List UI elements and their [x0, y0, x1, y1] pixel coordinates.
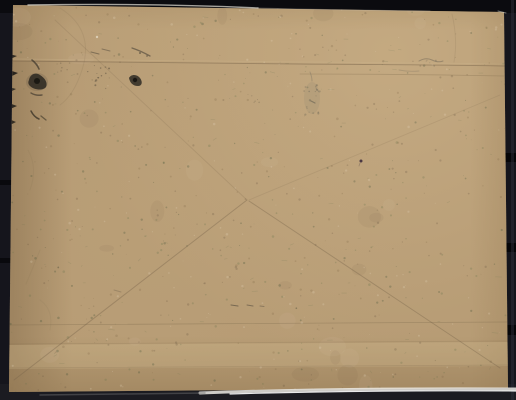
- paper-speck: [100, 322, 102, 324]
- paper-speck: [117, 140, 119, 142]
- paper-speck: [298, 126, 299, 127]
- paper-speck: [364, 374, 366, 376]
- paper-speck: [264, 281, 266, 283]
- paper-speck: [247, 67, 248, 68]
- paper-speck: [303, 56, 305, 58]
- paper-speck: [179, 168, 180, 169]
- paper-speck: [343, 257, 345, 259]
- paper-speck: [123, 232, 125, 234]
- paper-speck: [203, 17, 204, 18]
- paper-speck: [67, 81, 69, 83]
- paper-speck: [66, 229, 68, 231]
- paper-speck: [424, 19, 425, 20]
- paper-speck: [128, 15, 130, 17]
- paper-speck: [46, 146, 48, 148]
- paper-speck: [408, 160, 409, 161]
- paper-blotch: [80, 109, 99, 127]
- paper-speck: [184, 107, 185, 108]
- paper-speck: [67, 340, 69, 342]
- paper-speck: [344, 337, 345, 338]
- paper-speck: [465, 135, 467, 137]
- paper-speck: [289, 303, 292, 306]
- paper-speck: [239, 245, 240, 246]
- paper-speck: [422, 176, 424, 178]
- paper-speck: [313, 226, 315, 228]
- paper-speck: [137, 148, 139, 150]
- paper-speck: [369, 69, 371, 71]
- paper-speck: [30, 175, 32, 177]
- paper-speck: [266, 170, 268, 172]
- paper-speck: [129, 181, 130, 182]
- paper-speck: [235, 268, 237, 270]
- paper-speck: [355, 250, 356, 251]
- paper-speck: [92, 228, 94, 230]
- paper-speck: [164, 234, 165, 235]
- paper-speck: [44, 264, 45, 265]
- paper-blotch: [150, 200, 164, 222]
- paper-speck: [128, 337, 130, 339]
- paper-blotch: [68, 53, 94, 64]
- paper-speck: [223, 237, 225, 239]
- paper-speck: [93, 314, 95, 316]
- paper-speck: [317, 328, 319, 330]
- paper-speck: [397, 92, 399, 94]
- paper-speck: [86, 319, 87, 320]
- paper-speck: [388, 296, 390, 298]
- paper-speck: [311, 379, 313, 381]
- paper-speck: [88, 352, 90, 354]
- paper-speck: [71, 341, 72, 342]
- paper-speck: [428, 255, 429, 256]
- paper-speck: [318, 195, 320, 197]
- paper-speck: [485, 107, 487, 109]
- paper-speck: [90, 388, 92, 390]
- paper-speck: [300, 273, 301, 274]
- paper-speck: [182, 102, 183, 103]
- paper-speck: [343, 172, 344, 173]
- paper-speck: [482, 327, 483, 328]
- ink-dot: [309, 112, 310, 113]
- paper-speck: [366, 347, 367, 348]
- paper-speck: [494, 264, 495, 265]
- paper-speck: [109, 208, 111, 210]
- paper-speck: [176, 39, 178, 41]
- paper-speck: [393, 112, 394, 113]
- paper-speck: [414, 121, 416, 123]
- paper-speck: [45, 266, 46, 267]
- paper-speck: [58, 41, 59, 42]
- paper-speck: [163, 162, 165, 164]
- paper-speck: [170, 176, 172, 178]
- paper-speck: [201, 23, 204, 26]
- paper-speck: [262, 383, 264, 385]
- paper-speck: [29, 24, 30, 25]
- paper-speck: [253, 13, 255, 15]
- paper-speck: [62, 270, 65, 273]
- paper-speck: [446, 367, 448, 369]
- paper-speck: [471, 139, 472, 140]
- paper-speck: [392, 168, 394, 170]
- paper-speck: [364, 204, 366, 206]
- paper-speck: [392, 374, 394, 376]
- paper-speck: [367, 178, 368, 179]
- paper-speck: [82, 170, 84, 172]
- paper-speck: [278, 284, 281, 287]
- paper-speck: [213, 379, 215, 381]
- paper-speck: [407, 211, 409, 213]
- ink-dot: [94, 84, 96, 86]
- paper-speck: [62, 192, 64, 194]
- paper-speck: [27, 57, 28, 58]
- paper-speck: [306, 360, 308, 362]
- paper-speck: [481, 274, 482, 275]
- paper-speck: [322, 47, 324, 49]
- paper-speck: [156, 338, 158, 340]
- paper-speck: [89, 330, 90, 331]
- paper-speck: [333, 318, 335, 320]
- paper-speck: [264, 123, 265, 124]
- paper-speck: [205, 294, 207, 296]
- paper-speck: [138, 371, 140, 373]
- paper-speck: [120, 385, 122, 387]
- paper-blotch: [292, 367, 319, 382]
- ink-dot: [108, 67, 110, 69]
- paper-speck: [99, 102, 101, 104]
- paper-speck: [306, 20, 308, 22]
- paper-speck: [371, 144, 373, 146]
- paper-speck: [138, 341, 139, 342]
- paper-speck: [382, 300, 384, 302]
- paper-speck: [387, 107, 388, 108]
- paper-speck: [301, 368, 303, 370]
- paper-speck: [175, 235, 176, 236]
- paper-speck: [89, 157, 91, 159]
- paper-speck: [96, 191, 98, 193]
- paper-speck: [438, 37, 439, 38]
- paper-speck: [134, 145, 136, 147]
- paper-speck: [85, 14, 87, 16]
- paper-speck: [75, 113, 77, 115]
- ink-dot: [254, 100, 256, 102]
- ink-dot: [435, 60, 437, 62]
- paper-speck: [224, 74, 225, 75]
- paper-speck: [467, 275, 468, 276]
- paper-speck: [161, 243, 163, 245]
- paper-speck: [300, 288, 302, 290]
- paper-speck: [482, 82, 483, 83]
- paper-speck: [273, 358, 274, 359]
- paper-speck: [262, 152, 263, 153]
- paper-speck: [301, 321, 304, 324]
- paper-speck: [94, 101, 96, 103]
- paper-speck: [42, 375, 44, 377]
- paper-speck: [45, 42, 47, 44]
- paper-speck: [356, 95, 357, 96]
- paper-speck: [180, 344, 181, 345]
- paper-speck: [271, 166, 273, 168]
- paper-speck: [465, 100, 466, 101]
- paper-speck: [501, 82, 502, 83]
- paper-speck: [467, 117, 469, 119]
- ink-dot: [97, 77, 98, 78]
- paper-speck: [41, 268, 42, 269]
- paper-speck: [468, 297, 469, 298]
- paper-speck: [325, 240, 326, 241]
- ink-dot: [69, 62, 70, 63]
- paper-speck: [335, 262, 337, 264]
- paper-speck: [470, 32, 472, 34]
- paper-speck: [222, 282, 223, 283]
- ink-dot: [100, 67, 102, 69]
- paper-speck: [203, 283, 204, 284]
- paper-speck: [54, 353, 55, 354]
- paper-speck: [106, 13, 108, 15]
- paper-speck: [369, 250, 371, 252]
- paper-speck: [77, 209, 79, 211]
- paper-speck: [54, 271, 56, 273]
- paper-speck: [242, 233, 243, 234]
- paper-speck: [89, 308, 90, 309]
- paper-speck: [368, 283, 371, 286]
- paper-speck: [344, 260, 345, 261]
- paper-speck: [62, 345, 65, 348]
- paper-speck: [438, 291, 440, 293]
- paper-speck: [65, 39, 66, 40]
- paper-speck: [190, 115, 192, 117]
- paper-speck: [77, 73, 79, 75]
- paper-speck: [435, 149, 437, 151]
- paper-speck: [126, 254, 127, 255]
- paper-speck: [259, 376, 261, 378]
- paper-speck: [226, 276, 228, 278]
- paper-speck: [342, 193, 344, 195]
- paper-speck: [98, 21, 100, 23]
- paper-speck: [144, 235, 146, 237]
- paper-speck: [141, 146, 143, 148]
- paper-speck: [34, 161, 35, 162]
- paper-speck: [385, 276, 387, 278]
- paper-speck: [441, 90, 443, 92]
- paper-speck: [347, 34, 348, 35]
- paper-speck: [196, 35, 198, 37]
- paper-speck: [81, 52, 83, 54]
- paper-speck: [112, 371, 113, 372]
- paper-speck: [241, 172, 243, 174]
- paper-speck: [366, 107, 368, 109]
- paper-speck: [38, 373, 39, 374]
- paper-speck: [170, 42, 171, 43]
- paper-speck: [265, 71, 267, 73]
- ink-spot: [360, 160, 363, 163]
- ink-dot: [309, 99, 311, 101]
- paper-speck: [13, 14, 15, 16]
- paper-speck: [222, 99, 224, 101]
- paper-speck: [300, 319, 302, 321]
- paper-speck: [296, 307, 298, 309]
- paper-speck: [435, 203, 436, 204]
- paper-speck: [57, 199, 59, 201]
- paper-speck: [76, 198, 78, 200]
- paper-speck: [307, 264, 308, 265]
- paper-speck: [402, 241, 403, 242]
- paper-speck: [220, 255, 222, 257]
- paper-speck: [459, 367, 460, 368]
- paper-speck: [127, 217, 129, 219]
- paper-speck: [291, 33, 292, 34]
- paper-speck: [425, 93, 426, 94]
- paper-speck: [196, 224, 197, 225]
- paper-speck: [19, 27, 20, 28]
- paper-speck: [298, 198, 300, 200]
- paper-speck: [454, 349, 456, 351]
- paper-speck: [229, 98, 230, 99]
- ink-dot: [57, 72, 58, 73]
- paper-speck: [392, 160, 393, 161]
- paper-speck: [168, 106, 169, 107]
- paper-speck: [379, 71, 380, 72]
- paper-speck: [87, 115, 88, 116]
- paper-blotch: [383, 199, 395, 211]
- paper-speck: [301, 343, 302, 344]
- ink-dot: [315, 91, 316, 92]
- paper-speck: [178, 214, 179, 215]
- paper-speck: [407, 72, 409, 74]
- paper-speck: [141, 229, 142, 230]
- paper-speck: [163, 241, 164, 242]
- paper-speck: [176, 212, 177, 213]
- paper-speck: [192, 144, 194, 146]
- paper-speck: [138, 177, 139, 178]
- paper-speck: [426, 185, 427, 186]
- paper-speck: [184, 205, 186, 207]
- ink-dot: [258, 102, 260, 104]
- paper-speck: [127, 239, 129, 241]
- paper-speck: [272, 109, 273, 110]
- paper-speck: [78, 228, 80, 230]
- paper-speck: [145, 164, 147, 166]
- paper-speck: [469, 31, 470, 32]
- paper-speck: [263, 387, 264, 388]
- paper-speck: [152, 363, 154, 365]
- paper-speck: [495, 26, 497, 28]
- paper-speck: [304, 115, 305, 116]
- paper-speck: [173, 227, 175, 229]
- paper-speck: [129, 198, 131, 200]
- ink-dot: [315, 86, 317, 88]
- paper-speck: [243, 326, 245, 328]
- paper-speck: [319, 346, 321, 348]
- paper-speck: [248, 248, 249, 249]
- paper-speck: [206, 212, 207, 213]
- paper-speck: [153, 350, 155, 352]
- paper-speck: [275, 134, 276, 135]
- paper-speck: [428, 371, 429, 372]
- paper-speck: [126, 212, 127, 213]
- paper-speck: [146, 143, 148, 145]
- paper-speck: [90, 159, 91, 160]
- ink-spot: [133, 78, 137, 82]
- paper-speck: [153, 379, 155, 381]
- paper-speck: [346, 241, 348, 243]
- paper-speck: [470, 310, 472, 312]
- paper-speck: [183, 261, 184, 262]
- paper-speck: [253, 164, 255, 166]
- paper-speck: [147, 29, 148, 30]
- paper-speck: [499, 332, 500, 333]
- paper-speck: [308, 24, 309, 25]
- paper-speck: [247, 99, 249, 101]
- paper-speck: [305, 66, 306, 67]
- paper-speck: [138, 168, 140, 170]
- paper-speck: [240, 222, 242, 224]
- paper-speck: [239, 9, 241, 11]
- paper-speck: [376, 302, 378, 304]
- paper-speck: [208, 313, 209, 314]
- paper-speck: [298, 360, 299, 361]
- paper-speck: [256, 182, 258, 184]
- paper-speck: [49, 102, 51, 104]
- ink-spot: [34, 78, 40, 84]
- paper-speck: [167, 81, 169, 83]
- paper-speck: [152, 231, 153, 232]
- paper-speck: [278, 352, 280, 354]
- paper-speck: [289, 48, 290, 49]
- paper-speck: [475, 275, 477, 277]
- ink-spot: [139, 52, 141, 54]
- paper-speck: [419, 342, 421, 344]
- paper-speck: [160, 249, 162, 251]
- paper-speck: [77, 163, 78, 164]
- paper-speck: [332, 232, 334, 234]
- paper-speck: [241, 285, 243, 287]
- paper-speck: [389, 285, 391, 287]
- paper-speck: [340, 126, 342, 128]
- paper-speck: [290, 83, 292, 85]
- paper-speck: [277, 76, 278, 77]
- paper-speck: [433, 24, 435, 26]
- paper-speck: [275, 368, 277, 370]
- paper-speck: [168, 272, 170, 274]
- paper-speck: [281, 296, 283, 298]
- paper-speck: [262, 302, 264, 304]
- paper-blotch: [369, 213, 383, 223]
- paper-speck: [284, 166, 285, 167]
- paper-speck: [275, 205, 276, 206]
- paper-speck: [206, 317, 207, 318]
- paper-speck: [278, 17, 279, 18]
- paper-blotch: [337, 365, 357, 386]
- ink-dot: [303, 90, 305, 92]
- paper-speck: [183, 59, 185, 61]
- paper-speck: [322, 303, 324, 305]
- paper-speck: [368, 179, 370, 181]
- paper-speck: [235, 95, 237, 97]
- ink-dot: [316, 89, 318, 91]
- paper-speck: [233, 220, 235, 222]
- paper-speck: [56, 350, 59, 353]
- paper-speck: [190, 276, 192, 278]
- paper-speck: [336, 40, 337, 41]
- paper-speck: [95, 207, 96, 208]
- paper-speck: [295, 260, 297, 262]
- paper-speck: [27, 48, 28, 49]
- ink-dot: [426, 60, 427, 61]
- paper-speck: [482, 147, 484, 149]
- paper-speck: [433, 378, 435, 380]
- paper-blotch: [186, 160, 203, 181]
- paper-speck: [230, 19, 231, 20]
- paper-speck: [354, 105, 356, 107]
